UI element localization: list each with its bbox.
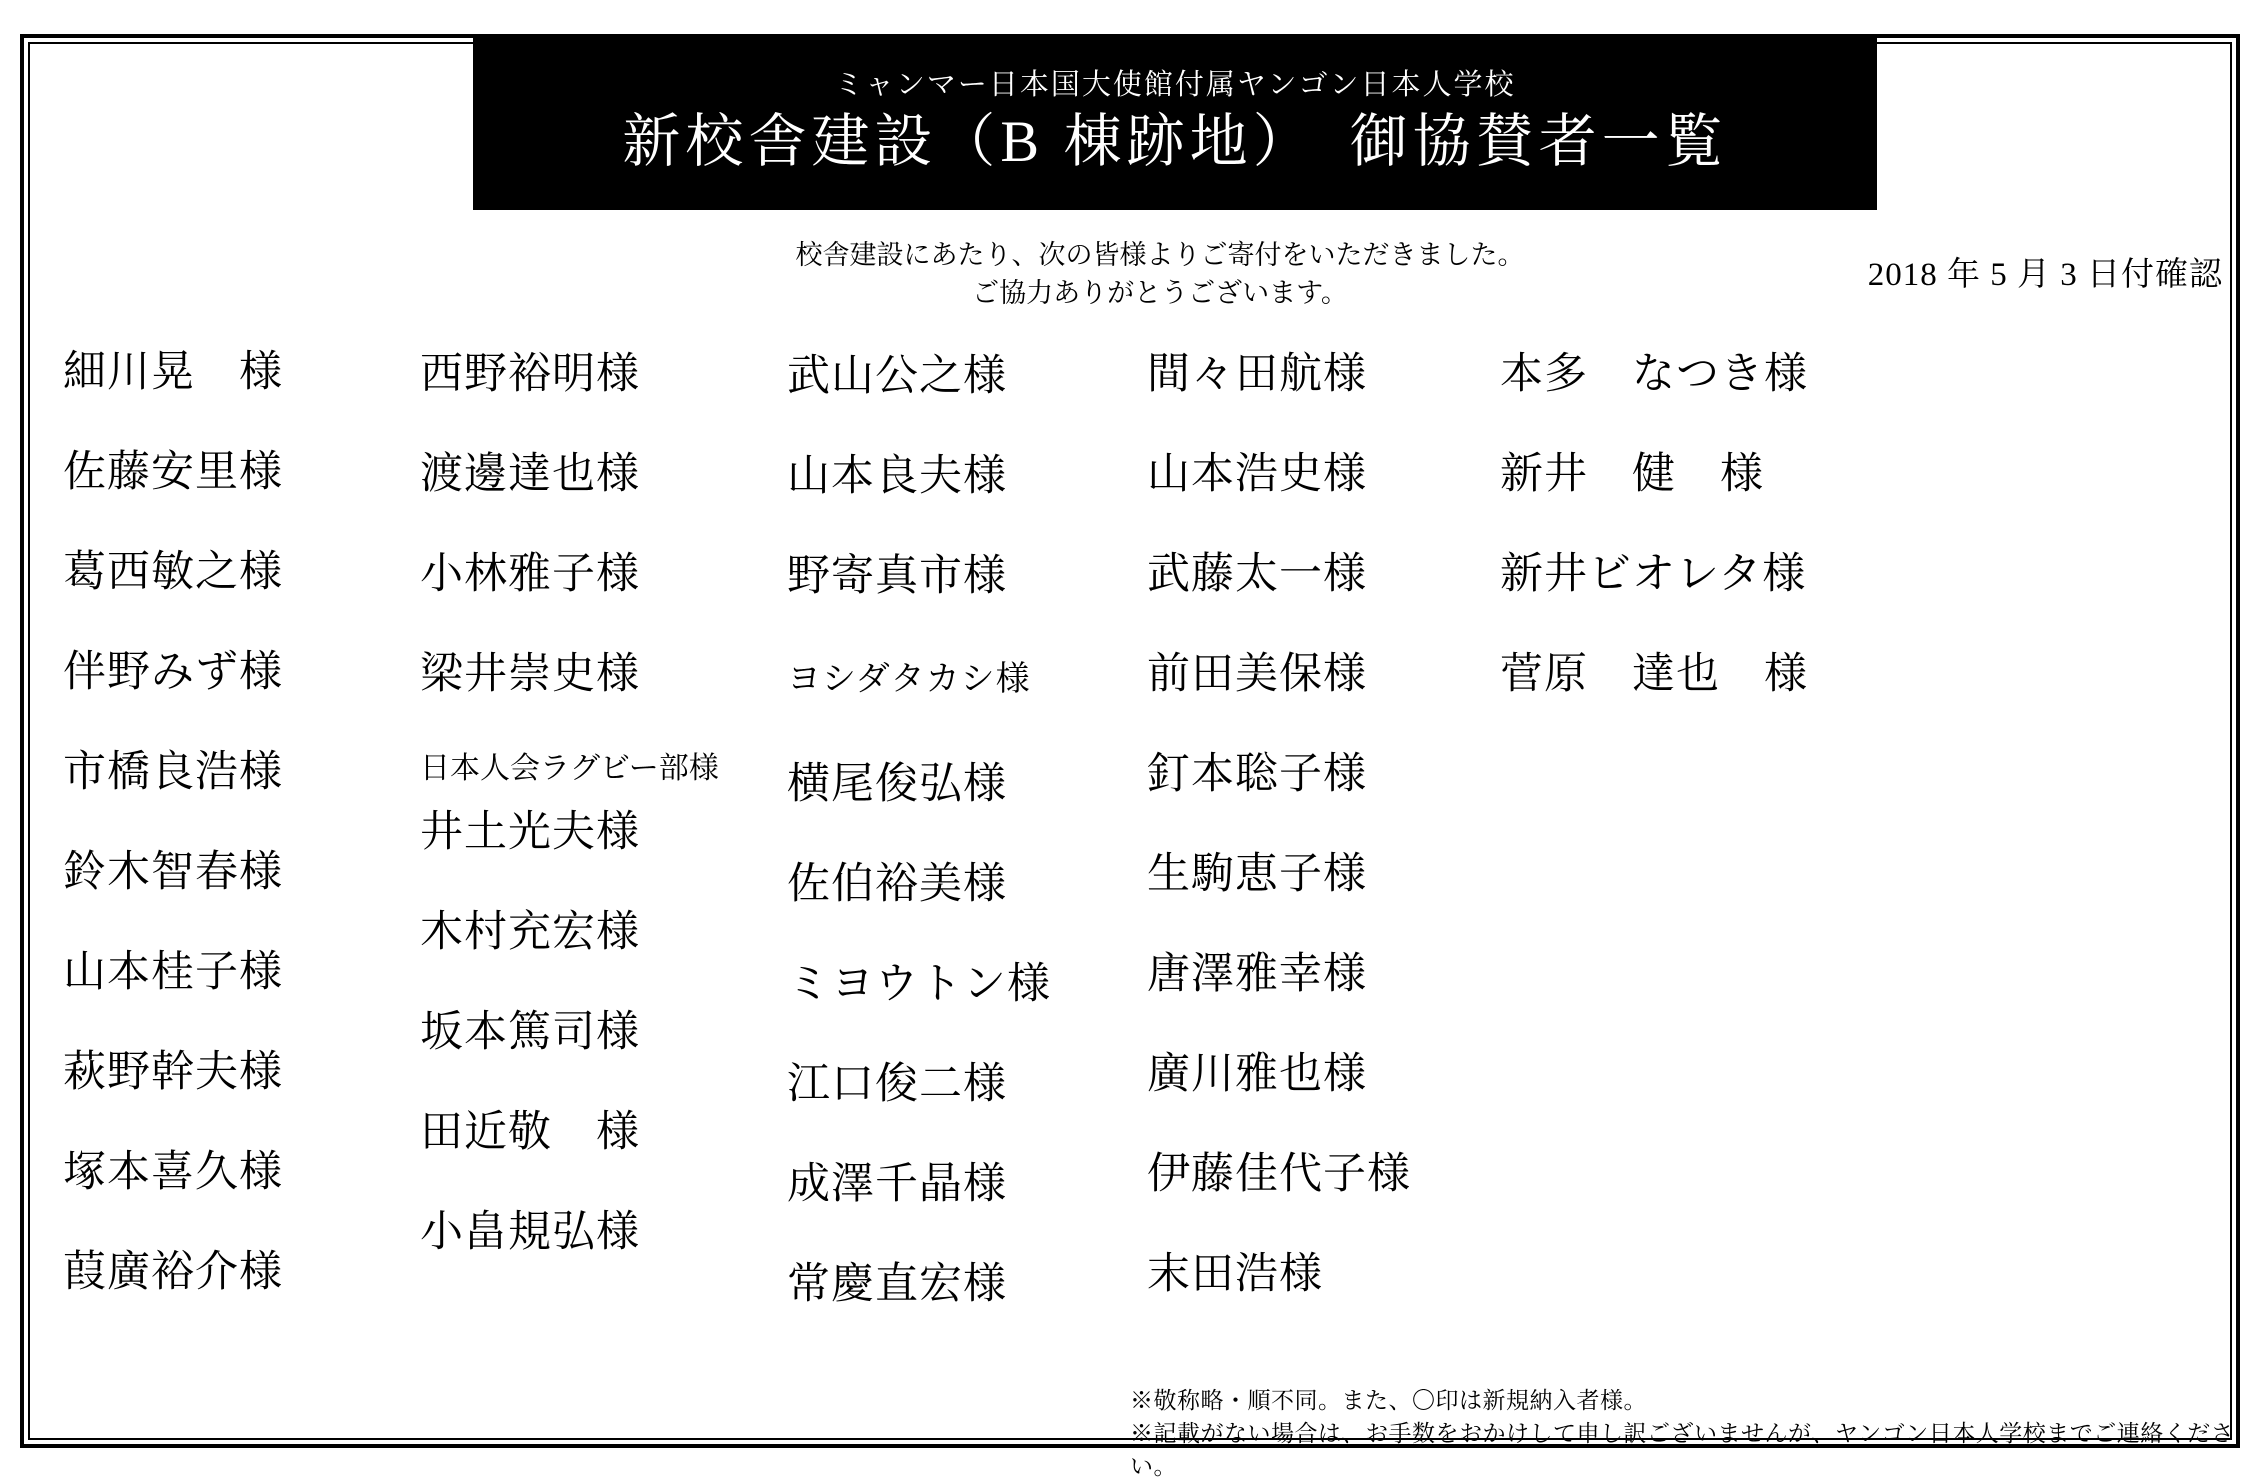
donor-name: 坂本篤司様: [420, 1008, 719, 1108]
footer-note-1: ※敬称略・順不同。また、〇印は新規納入者様。: [1130, 1384, 2261, 1417]
donor-name: 細川晃 様: [63, 348, 283, 448]
donor-name: 佐伯裕美様: [787, 860, 1051, 960]
intro-line-1: 校舎建設にあたり、次の皆様よりご寄付をいただきました。: [455, 236, 1865, 274]
donor-name: 井土光夫様: [420, 808, 719, 908]
donor-name: 伊藤佳代子様: [1147, 1150, 1411, 1250]
donor-name: 山本桂子様: [63, 948, 283, 1048]
donor-name: 武藤太一様: [1147, 550, 1411, 650]
donor-column-2: 西野裕明様 渡邊達也様 小林雅子様 梁井崇史様 日本人会ラグビー部様 井土光夫様…: [420, 350, 719, 1308]
donor-name: 新井ビオレタ様: [1500, 550, 1808, 650]
donor-column-1: 細川晃 様 佐藤安里様 葛西敏之様 伴野みず様 市橋良浩様 鈴木智春様 山本桂子…: [63, 348, 283, 1348]
donor-name: 木村充宏様: [420, 908, 719, 1008]
intro-text: 校舎建設にあたり、次の皆様よりご寄付をいただきました。 ご協力ありがとうございま…: [455, 236, 1865, 312]
donor-name: 本多 なつき様: [1500, 350, 1808, 450]
donor-name: 渡邊達也様: [420, 450, 719, 550]
donor-name: 葛西敏之様: [63, 548, 283, 648]
donor-name: 市橋良浩様: [63, 748, 283, 848]
confirmation-date: 2018 年 5 月 3 日付確認: [1868, 248, 2223, 295]
header-banner: ミャンマー日本国大使館付属ヤンゴン日本人学校 新校舎建設（B 棟跡地） 御協賛者…: [473, 34, 1877, 210]
donor-name: 梁井崇史様: [420, 650, 719, 750]
donor-name: 末田浩様: [1147, 1250, 1411, 1350]
donor-name: 伴野みず様: [63, 648, 283, 748]
donor-name: 佐藤安里様: [63, 448, 283, 548]
donor-name: 葭廣裕介様: [63, 1248, 283, 1348]
donor-column-4: 間々田航様 山本浩史様 武藤太一様 前田美保様 釘本聡子様 生駒恵子様 唐澤雅幸…: [1147, 350, 1411, 1350]
donor-name: 常慶直宏様: [787, 1260, 1051, 1360]
school-name: ミャンマー日本国大使館付属ヤンゴン日本人学校: [834, 65, 1515, 105]
donor-name: 塚本喜久様: [63, 1148, 283, 1248]
donor-name: ヨシダタカシ様: [787, 652, 1051, 760]
donor-name: 日本人会ラグビー部様: [420, 750, 719, 808]
donor-name: 生駒恵子様: [1147, 850, 1411, 950]
donor-name: 釘本聡子様: [1147, 750, 1411, 850]
donor-name: 山本浩史様: [1147, 450, 1411, 550]
donor-name: 横尾俊弘様: [787, 760, 1051, 860]
donor-name: 間々田航様: [1147, 350, 1411, 450]
donor-name: 成澤千晶様: [787, 1160, 1051, 1260]
donor-name: 武山公之様: [787, 352, 1051, 452]
donor-list-page: ミャンマー日本国大使館付属ヤンゴン日本人学校 新校舎建設（B 棟跡地） 御協賛者…: [0, 0, 2261, 1481]
donor-name: 田近敬 様: [420, 1108, 719, 1208]
donor-name: 小林雅子様: [420, 550, 719, 650]
footer-notes: ※敬称略・順不同。また、〇印は新規納入者様。 ※記載がない場合は、お手数をおかけ…: [1130, 1384, 2261, 1481]
donor-name: ミヨウトン様: [787, 960, 1051, 1060]
donor-name: 鈴木智春様: [63, 848, 283, 948]
donor-name: 西野裕明様: [420, 350, 719, 450]
donor-column-3: 武山公之様 山本良夫様 野寄真市様 ヨシダタカシ様 横尾俊弘様 佐伯裕美様 ミヨ…: [787, 352, 1051, 1360]
donor-name: 新井 健 様: [1500, 450, 1808, 550]
donor-name: 廣川雅也様: [1147, 1050, 1411, 1150]
donor-name: 前田美保様: [1147, 650, 1411, 750]
donor-name: 唐澤雅幸様: [1147, 950, 1411, 1050]
donor-name: 野寄真市様: [787, 552, 1051, 652]
donor-name: 山本良夫様: [787, 452, 1051, 552]
donor-name: 小畠規弘様: [420, 1208, 719, 1308]
footer-note-2: ※記載がない場合は、お手数をおかけして申し訳ございませんが、ヤンゴン日本人学校ま…: [1130, 1417, 2261, 1481]
donor-column-5: 本多 なつき様 新井 健 様 新井ビオレタ様 菅原 達也 様: [1500, 350, 1808, 750]
page-title: 新校舎建設（B 棟跡地） 御協賛者一覧: [622, 105, 1727, 179]
intro-line-2: ご協力ありがとうございます。: [455, 274, 1865, 312]
donor-name: 菅原 達也 様: [1500, 650, 1808, 750]
donor-name: 萩野幹夫様: [63, 1048, 283, 1148]
donor-name: 江口俊二様: [787, 1060, 1051, 1160]
